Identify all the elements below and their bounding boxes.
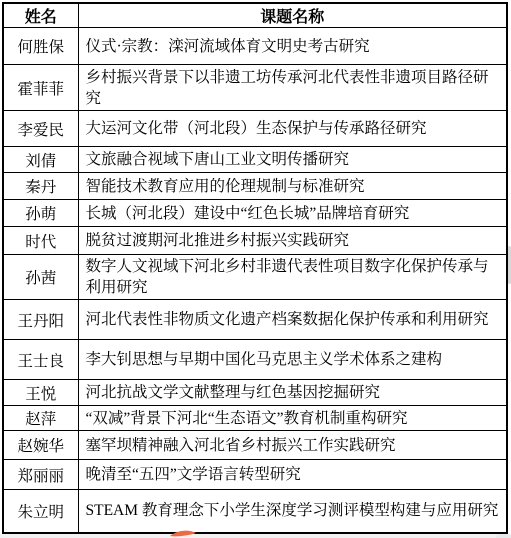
name-cell: 李爱民 (3, 111, 78, 147)
table-row: 王士良 李大钊思想与早期中国化马克思主义学术体系之建构 (3, 340, 507, 380)
header-name: 姓名 (3, 3, 78, 28)
title-cell: 数字人文视域下河北乡村非遗代表性项目数字化保护传承与利用研究 (78, 255, 507, 300)
logo-swoosh-icon (169, 529, 197, 537)
title-cell: “双减”背景下河北“生态语文”教育机制重构研究 (78, 406, 507, 431)
table-row: 朱立明 STEAM 教育理念下小学生深度学习测评模型构建与应用研究 (3, 490, 507, 533)
name-cell: 孙萌 (3, 200, 78, 227)
page-bottom-strip (0, 534, 511, 538)
table-row: 孙茜 数字人文视域下河北乡村非遗代表性项目数字化保护传承与利用研究 (3, 255, 507, 300)
corner-chip (496, 534, 511, 538)
table-row: 赵婉华 塞罕坝精神融入河北省乡村振兴工作实践研究 (3, 431, 507, 460)
name-cell: 刘倩 (3, 147, 78, 173)
title-cell: 智能技术教育应用的伦理规制与标准研究 (78, 173, 507, 200)
logo-swoosh-shape (170, 531, 196, 537)
title-cell: STEAM 教育理念下小学生深度学习测评模型构建与应用研究 (78, 490, 507, 533)
name-cell: 时代 (3, 227, 78, 255)
name-cell: 郑丽丽 (3, 460, 78, 490)
header-title: 课题名称 (78, 3, 507, 28)
title-cell: 李大钊思想与早期中国化马克思主义学术体系之建构 (78, 340, 507, 380)
table-row: 何胜保 仪式·宗教：滦河流域体育文明史考古研究 (3, 28, 507, 65)
table-row: 王丹阳 河北代表性非物质文化遗产档案数据化保护传承和利用研究 (3, 300, 507, 340)
name-cell: 何胜保 (3, 28, 78, 65)
title-cell: 文旅融合视域下唐山工业文明传播研究 (78, 147, 507, 173)
table-header-row: 姓名 课题名称 (3, 3, 507, 28)
table-row: 郑丽丽 晚清至“五四”文学语言转型研究 (3, 460, 507, 490)
title-cell: 长城（河北段）建设中“红色长城”品牌培育研究 (78, 200, 507, 227)
name-cell: 秦丹 (3, 173, 78, 200)
table-row: 霍菲菲 乡村振兴背景下以非遗工坊传承河北代表性非遗项目路径研究 (3, 65, 507, 111)
name-cell: 赵婉华 (3, 431, 78, 460)
table-row: 刘倩 文旅融合视域下唐山工业文明传播研究 (3, 147, 507, 173)
title-cell: 乡村振兴背景下以非遗工坊传承河北代表性非遗项目路径研究 (78, 65, 507, 111)
title-cell: 塞罕坝精神融入河北省乡村振兴工作实践研究 (78, 431, 507, 460)
title-cell: 河北代表性非物质文化遗产档案数据化保护传承和利用研究 (78, 300, 507, 340)
name-cell: 朱立明 (3, 490, 78, 533)
table-row: 时代 脱贫过渡期河北推进乡村振兴实践研究 (3, 227, 507, 255)
table-row: 李爱民 大运河文化带（河北段）生态保护与传承路径研究 (3, 111, 507, 147)
title-cell: 晚清至“五四”文学语言转型研究 (78, 460, 507, 490)
name-cell: 孙茜 (3, 255, 78, 300)
name-cell: 王悦 (3, 380, 78, 406)
table-row: 王悦 河北抗战文学文献整理与红色基因挖掘研究 (3, 380, 507, 406)
name-cell: 赵萍 (3, 406, 78, 431)
title-cell: 仪式·宗教：滦河流域体育文明史考古研究 (78, 28, 507, 65)
name-cell: 王士良 (3, 340, 78, 380)
title-cell: 脱贫过渡期河北推进乡村振兴实践研究 (78, 227, 507, 255)
table-row: 孙萌 长城（河北段）建设中“红色长城”品牌培育研究 (3, 200, 507, 227)
table-row: 赵萍 “双减”背景下河北“生态语文”教育机制重构研究 (3, 406, 507, 431)
name-cell: 王丹阳 (3, 300, 78, 340)
name-cell: 霍菲菲 (3, 65, 78, 111)
table-row: 秦丹 智能技术教育应用的伦理规制与标准研究 (3, 173, 507, 200)
title-cell: 大运河文化带（河北段）生态保护与传承路径研究 (78, 111, 507, 147)
project-table: 姓名 课题名称 何胜保 仪式·宗教：滦河流域体育文明史考古研究 霍菲菲 乡村振兴… (2, 2, 508, 534)
title-cell: 河北抗战文学文献整理与红色基因挖掘研究 (78, 380, 507, 406)
